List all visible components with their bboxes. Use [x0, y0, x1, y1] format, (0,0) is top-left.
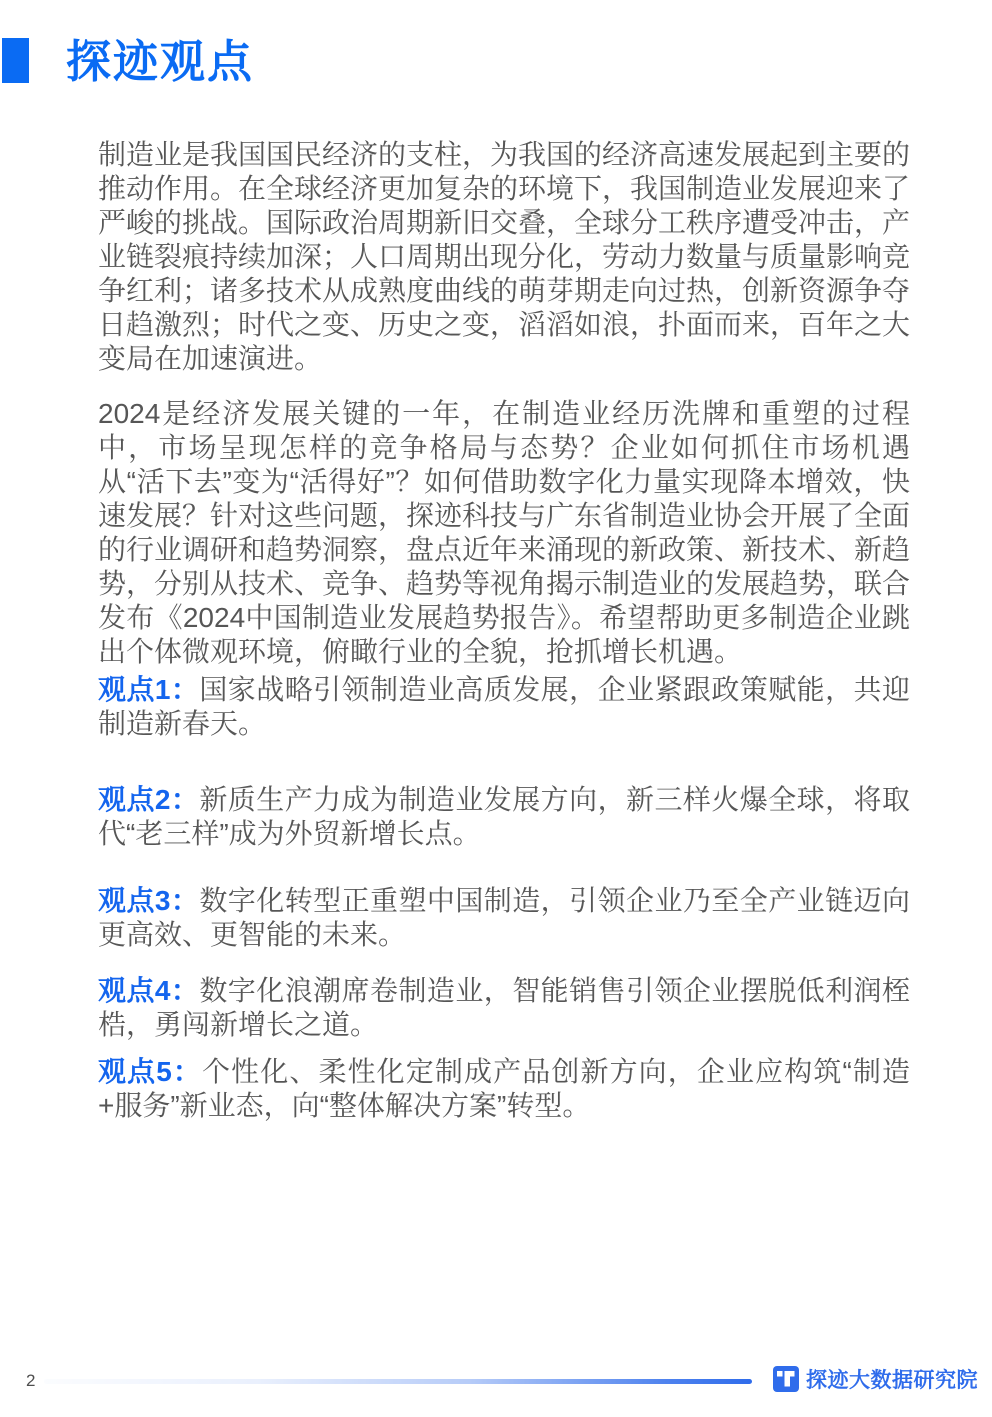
viewpoint-4-label: 观点4：	[98, 975, 199, 1006]
viewpoint-1-label: 观点1：	[98, 674, 199, 705]
page-title: 探迹观点	[66, 36, 254, 88]
intro-paragraph-2: 2024是经济发展关键的一年，在制造业经历洗牌和重塑的过程中，市场呈现怎样的竞争…	[98, 397, 910, 669]
viewpoint-5-label: 观点5：	[98, 1056, 202, 1087]
viewpoint-3-label: 观点3：	[98, 885, 199, 916]
intro-paragraph-1: 制造业是我国国民经济的支柱，为我国的经济高速发展起到主要的推动作用。在全球经济更…	[98, 138, 910, 376]
viewpoint-5-text: 个性化、柔性化定制成产品创新方向，企业应构筑“制造+服务”新业态，向“整体解决方…	[98, 1056, 910, 1121]
viewpoint-4-text: 数字化浪潮席卷制造业，智能销售引领企业摆脱低利润桎梏，勇闯新增长之道。	[98, 975, 910, 1040]
page-number: 2	[26, 1371, 35, 1391]
viewpoint-2-text: 新质生产力成为制造业发展方向，新三样火爆全球，将取代“老三样”成为外贸新增长点。	[98, 784, 910, 849]
viewpoint-item-3: 观点3：数字化转型正重塑中国制造，引领企业乃至全产业链迈向更高效、更智能的未来。	[98, 884, 910, 952]
viewpoint-item-2: 观点2：新质生产力成为制造业发展方向，新三样火爆全球，将取代“老三样”成为外贸新…	[98, 783, 910, 851]
title-accent-square	[2, 38, 29, 83]
footer-divider-line	[44, 1379, 752, 1384]
viewpoint-2-label: 观点2：	[98, 784, 199, 815]
report-page: { "header": { "title": "探迹观点" }, "paragr…	[0, 0, 992, 1417]
viewpoint-item-5: 观点5：个性化、柔性化定制成产品创新方向，企业应构筑“制造+服务”新业态，向“整…	[98, 1055, 910, 1123]
content-area: 制造业是我国国民经济的支柱，为我国的经济高速发展起到主要的推动作用。在全球经济更…	[98, 138, 910, 1123]
viewpoint-1-text: 国家战略引领制造业高质发展，企业紧跟政策赋能，共迎制造新春天。	[98, 674, 910, 739]
viewpoint-item-4: 观点4：数字化浪潮席卷制造业，智能销售引领企业摆脱低利润桎梏，勇闯新增长之道。	[98, 974, 910, 1042]
viewpoint-item-1: 观点1：国家战略引领制造业高质发展，企业紧跟政策赋能，共迎制造新春天。	[98, 673, 910, 741]
viewpoint-3-text: 数字化转型正重塑中国制造，引领企业乃至全产业链迈向更高效、更智能的未来。	[98, 885, 910, 950]
tanji-logo-icon	[773, 1366, 799, 1392]
footer-brand: 探迹大数据研究院	[773, 1364, 978, 1394]
footer-brand-name: 探迹大数据研究院	[806, 1364, 978, 1394]
